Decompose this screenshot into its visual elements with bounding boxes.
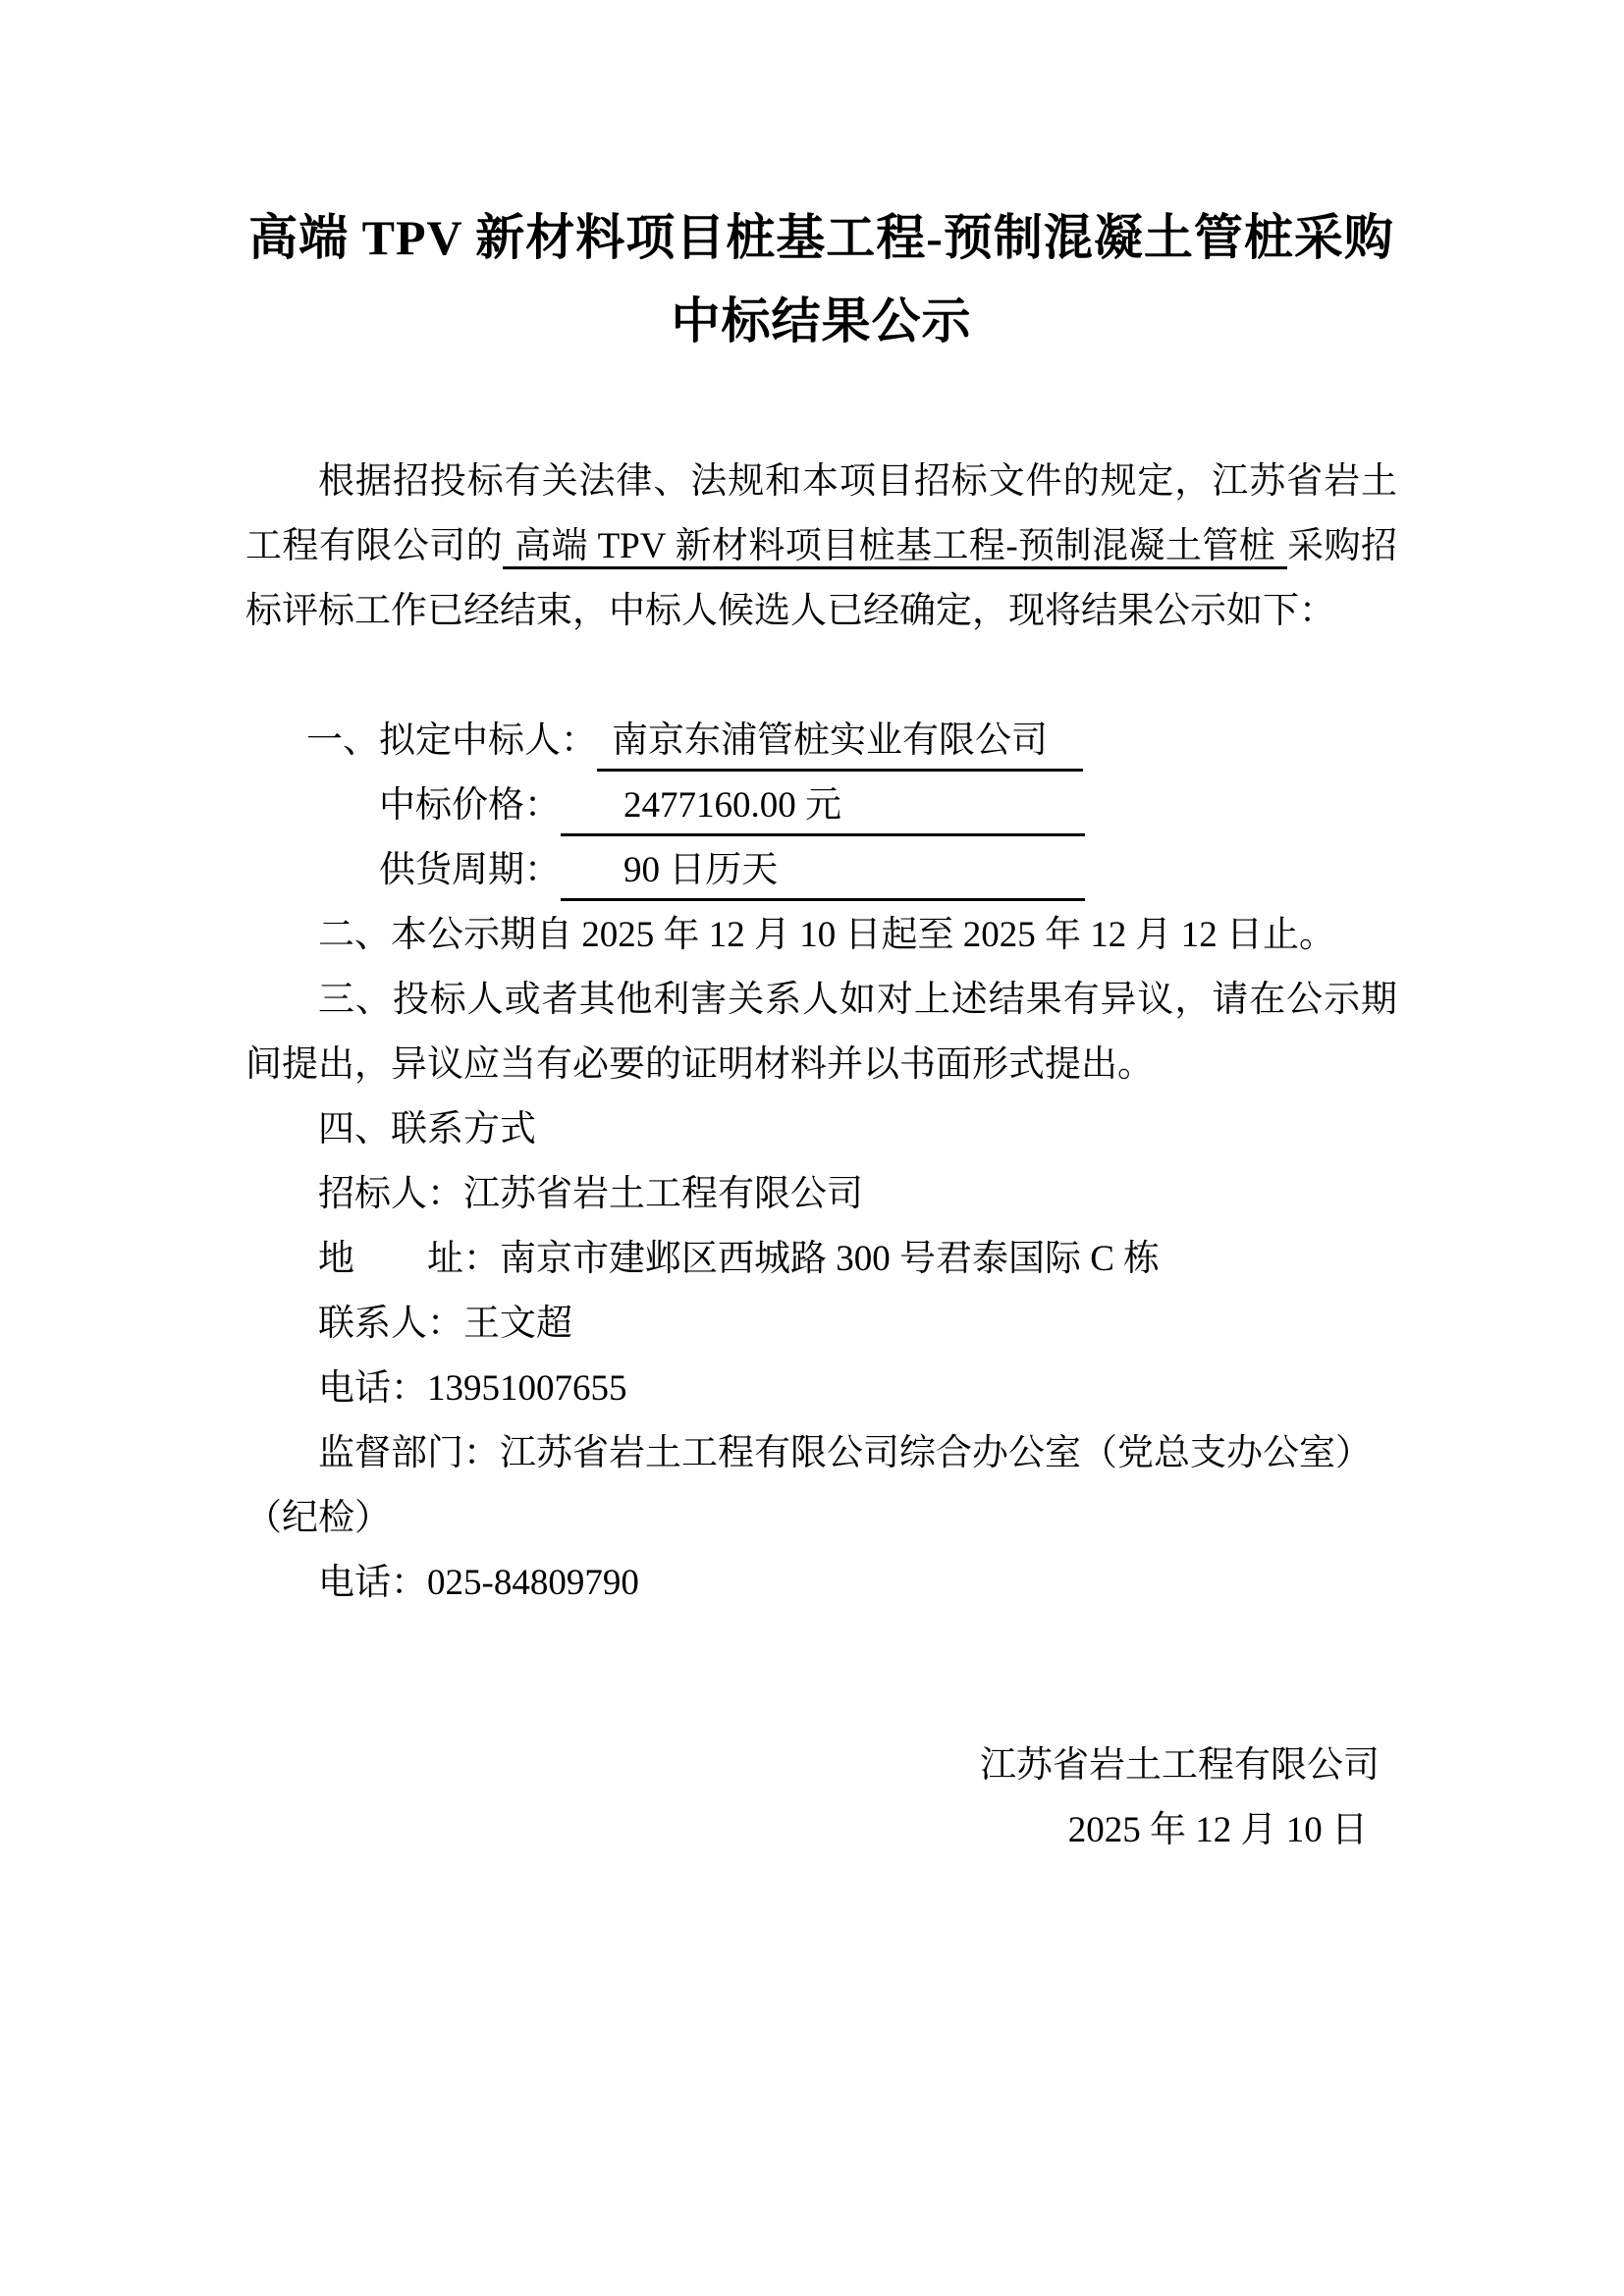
contact-supervision-continuation: （纪检） xyxy=(245,1486,1397,1551)
contact-supervision: 监督部门：江苏省岩土工程有限公司综合办公室（党总支办公室） xyxy=(245,1421,1397,1486)
price-line: 中标价格：2477160.00 元 xyxy=(245,774,1397,838)
document-title-line2: 中标结果公示 xyxy=(245,280,1397,363)
document-title: 高端 TPV 新材料项目桩基工程-预制混凝土管桩采购 中标结果公示 xyxy=(245,0,1397,363)
document-title-line1: 高端 TPV 新材料项目桩基工程-预制混凝土管桩采购 xyxy=(245,196,1397,280)
signature-block: 江苏省岩土工程有限公司 2025 年 12 月 10 日 xyxy=(245,1734,1397,1863)
winner-label: 一、拟定中标人： xyxy=(306,721,597,761)
contact-address: 地 址：南京市建邺区西城路 300 号君泰国际 C 栋 xyxy=(245,1227,1397,1292)
document-page: 高端 TPV 新材料项目桩基工程-预制混凝土管桩采购 中标结果公示 根据招投标有… xyxy=(0,0,1624,2296)
price-value: 2477160.00 元 xyxy=(623,785,841,826)
signature-date: 2025 年 12 月 10 日 xyxy=(245,1798,1397,1863)
price-value-underlined: 2477160.00 元 xyxy=(561,778,1085,836)
period-value: 90 日历天 xyxy=(623,850,778,890)
contact-supervision-phone: 电话：025-84809790 xyxy=(245,1551,1397,1616)
price-label: 中标价格： xyxy=(379,785,561,826)
intro-paragraph: 根据招投标有关法律、法规和本项目招标文件的规定，江苏省岩土工程有限公司的高端 T… xyxy=(245,450,1397,644)
winner-name: 南京东浦管桩实业有限公司 xyxy=(612,721,1048,761)
winner-line: 一、拟定中标人：南京东浦管桩实业有限公司 xyxy=(245,709,1397,774)
contact-phone: 电话：13951007655 xyxy=(245,1357,1397,1421)
project-name-underlined: 高端 TPV 新材料项目桩基工程-预制混凝土管桩 xyxy=(503,526,1287,569)
objection-paragraph: 三、投标人或者其他利害关系人如对上述结果有异议，请在公示期间提出，异议应当有必要… xyxy=(245,968,1397,1097)
contact-heading: 四、联系方式 xyxy=(245,1097,1397,1162)
period-value-underlined: 90 日历天 xyxy=(561,843,1085,901)
document-content: 高端 TPV 新材料项目桩基工程-预制混凝土管桩采购 中标结果公示 根据招投标有… xyxy=(245,0,1397,1863)
period-line: 供货周期：90 日历天 xyxy=(245,838,1397,903)
winner-value-underlined: 南京东浦管桩实业有限公司 xyxy=(597,714,1083,772)
contact-tenderer: 招标人：江苏省岩土工程有限公司 xyxy=(245,1162,1397,1227)
signature-company: 江苏省岩土工程有限公司 xyxy=(245,1734,1397,1798)
contact-person: 联系人：王文超 xyxy=(245,1292,1397,1357)
notice-period-paragraph: 二、本公示期自 2025 年 12 月 10 日起至 2025 年 12 月 1… xyxy=(245,903,1397,968)
period-label: 供货周期： xyxy=(379,850,561,890)
